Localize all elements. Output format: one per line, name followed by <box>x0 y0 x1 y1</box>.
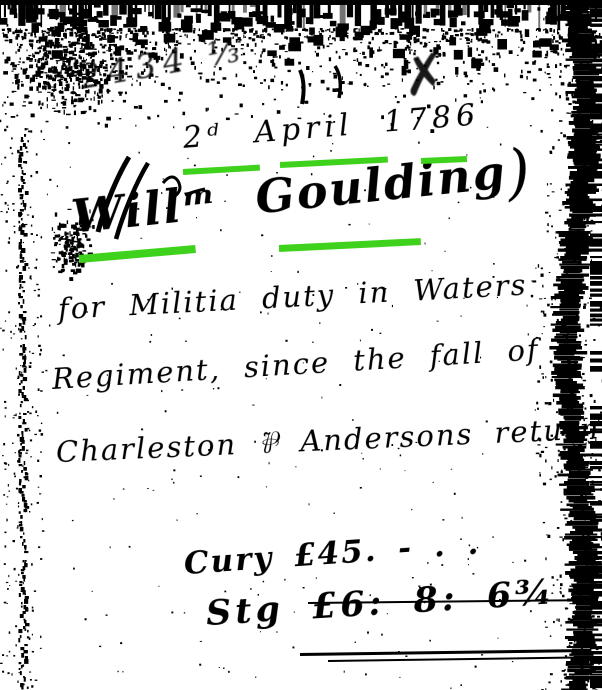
currency-amount-line: Cury £45. - . . <box>183 525 481 582</box>
body-line-2: Regiment, since the fall of <box>51 332 541 396</box>
docket-number: 2434 ⅓ <box>77 29 250 97</box>
total-underline-primary <box>300 649 578 656</box>
scanned-document-page: 2434 ⅓ ✗ 2ᵈ April 1786 Willᵐ Goulding) f… <box>0 0 602 690</box>
highlight-underline-surname <box>279 238 421 252</box>
total-underline-secondary <box>328 657 576 662</box>
body-line-1: for Militia duty in Waters <box>57 267 528 326</box>
payee-name-line: Willᵐ Goulding) <box>68 136 535 254</box>
body-line-3: Charleston ⅌ Andersons return <box>55 408 601 471</box>
docket-flourish-mark: ✗ <box>397 39 452 109</box>
